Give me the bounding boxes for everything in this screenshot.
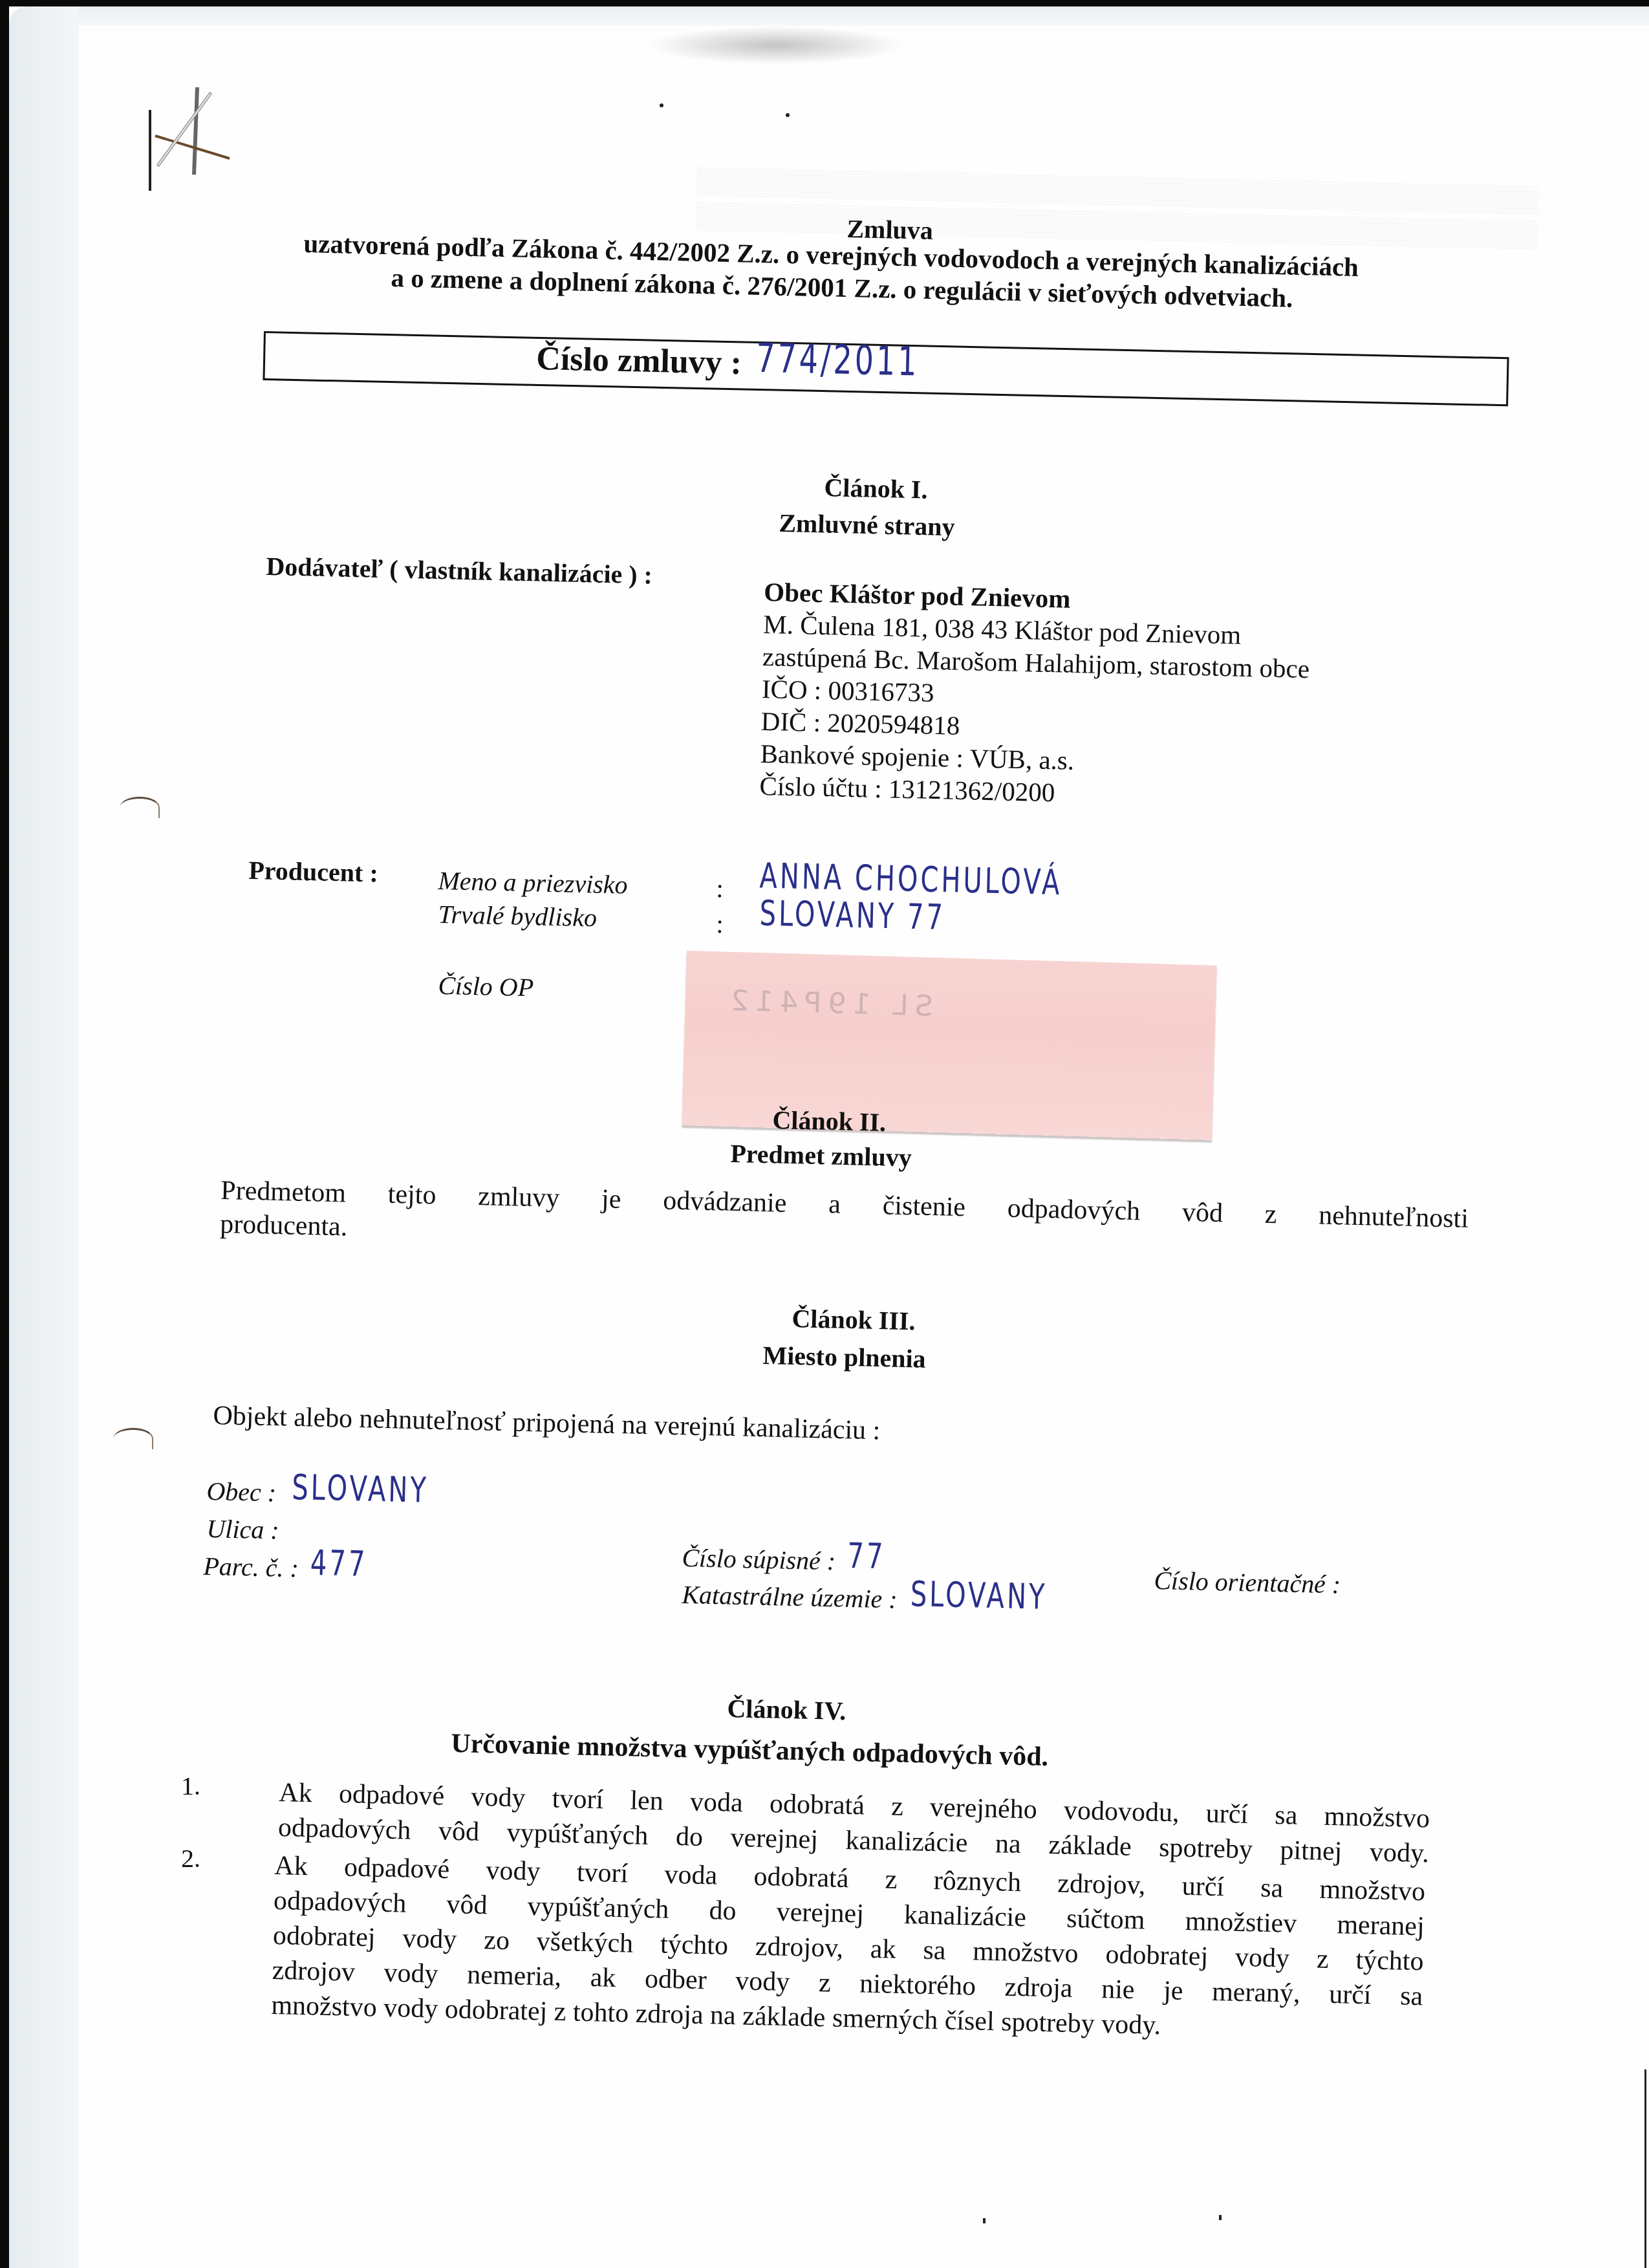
sticky-ghost-text: SL 19P412 bbox=[724, 984, 933, 1023]
speck bbox=[786, 113, 790, 117]
ulica-label: Ulica : bbox=[206, 1514, 279, 1545]
article-3-number: Článok III. bbox=[792, 1303, 916, 1336]
item-2-number-text: 2. bbox=[181, 1844, 200, 1873]
orientacne-field: Číslo orientačné : bbox=[1154, 1565, 1341, 1601]
producer-residence-sep: : bbox=[716, 909, 724, 940]
producer-label-text: Producent : bbox=[248, 856, 378, 888]
separator: : bbox=[716, 874, 724, 903]
article-3-title-text: Miesto plnenia bbox=[762, 1341, 926, 1374]
producer-residence-label: Trvalé bydlisko bbox=[438, 899, 598, 934]
article-2-number: Článok II. bbox=[772, 1105, 887, 1138]
staple-icon bbox=[142, 84, 233, 194]
item-1-number-text: 1. bbox=[181, 1771, 200, 1800]
contract-number-value: 774/2011 bbox=[755, 334, 920, 385]
article-1-number: Článok I. bbox=[824, 472, 928, 505]
article-1-number-text: Článok I. bbox=[824, 473, 928, 504]
speck bbox=[660, 103, 663, 107]
orientacne-label: Číslo orientačné : bbox=[1154, 1566, 1341, 1599]
article-3-title: Miesto plnenia bbox=[762, 1340, 926, 1374]
producer-name-sep: : bbox=[716, 873, 724, 904]
producer-id-field-label: Číslo OP bbox=[438, 971, 534, 1002]
page-edge-line bbox=[1644, 2069, 1646, 2268]
article-1-title-text: Zmluvné strany bbox=[779, 508, 955, 541]
producer-name-label: Meno a priezvisko bbox=[438, 865, 628, 901]
obec-value: SLOVANY bbox=[292, 1467, 429, 1512]
sticky-note-redaction: SL 19P412 bbox=[682, 951, 1216, 1140]
supisne-field: Číslo súpisné : 77 bbox=[682, 1542, 886, 1578]
separator: : bbox=[716, 909, 724, 938]
article-2-title: Predmet zmluvy bbox=[730, 1138, 912, 1172]
item-1-number: 1. bbox=[181, 1771, 200, 1801]
katastralne-value: SLOVANY bbox=[910, 1573, 1048, 1619]
supisne-label: Číslo súpisné : bbox=[682, 1543, 836, 1575]
parc-value: 477 bbox=[310, 1542, 368, 1586]
toner-streak bbox=[647, 26, 905, 65]
article-2-number-text: Článok II. bbox=[772, 1105, 887, 1137]
producer-residence-value: SLOVANY 77 bbox=[759, 904, 945, 938]
punch-hole-bottom bbox=[113, 1428, 153, 1449]
item-2-number: 2. bbox=[181, 1843, 200, 1874]
contract-number-label: Číslo zmluvy : bbox=[536, 340, 742, 382]
item-2-text: Ak odpadové vody tvorí voda odobratá z r… bbox=[271, 1848, 1426, 2049]
producer-label: Producent : bbox=[248, 855, 378, 889]
parc-label: Parc. č. : bbox=[203, 1551, 299, 1582]
article-4-number-text: Článok IV. bbox=[727, 1694, 846, 1725]
supisne-value: 77 bbox=[847, 1535, 886, 1578]
producer-name-field-label: Meno a priezvisko bbox=[438, 866, 628, 900]
scanner-left-edge bbox=[0, 0, 9, 2268]
producer-residence-handwritten: SLOVANY 77 bbox=[759, 894, 946, 938]
speck bbox=[1219, 2215, 1222, 2220]
katastralne-label: Katastrálne územie : bbox=[682, 1580, 898, 1614]
obec-label: Obec : bbox=[206, 1476, 277, 1507]
article-3-number-text: Článok III. bbox=[792, 1304, 916, 1335]
ulica-field: Ulica : bbox=[206, 1513, 279, 1546]
speck bbox=[983, 2218, 986, 2223]
scanner-bed bbox=[9, 6, 79, 2268]
article-4-number: Článok IV. bbox=[727, 1693, 846, 1726]
scanner-top-edge bbox=[0, 0, 1649, 6]
supplier-details: Obec Kláštor pod Znievom M. Čulena 181, … bbox=[759, 576, 1311, 814]
article-2-title-text: Predmet zmluvy bbox=[730, 1139, 912, 1172]
punch-hole-top bbox=[120, 797, 160, 818]
producer-id-label: Číslo OP bbox=[438, 970, 534, 1003]
parc-field: Parc. č. : 477 bbox=[203, 1551, 368, 1586]
scanner-bed-top bbox=[9, 6, 1649, 26]
article-1-title: Zmluvné strany bbox=[779, 508, 955, 542]
obec-field: Obec : SLOVANY bbox=[206, 1476, 429, 1512]
producer-residence-field-label: Trvalé bydlisko bbox=[438, 900, 597, 933]
